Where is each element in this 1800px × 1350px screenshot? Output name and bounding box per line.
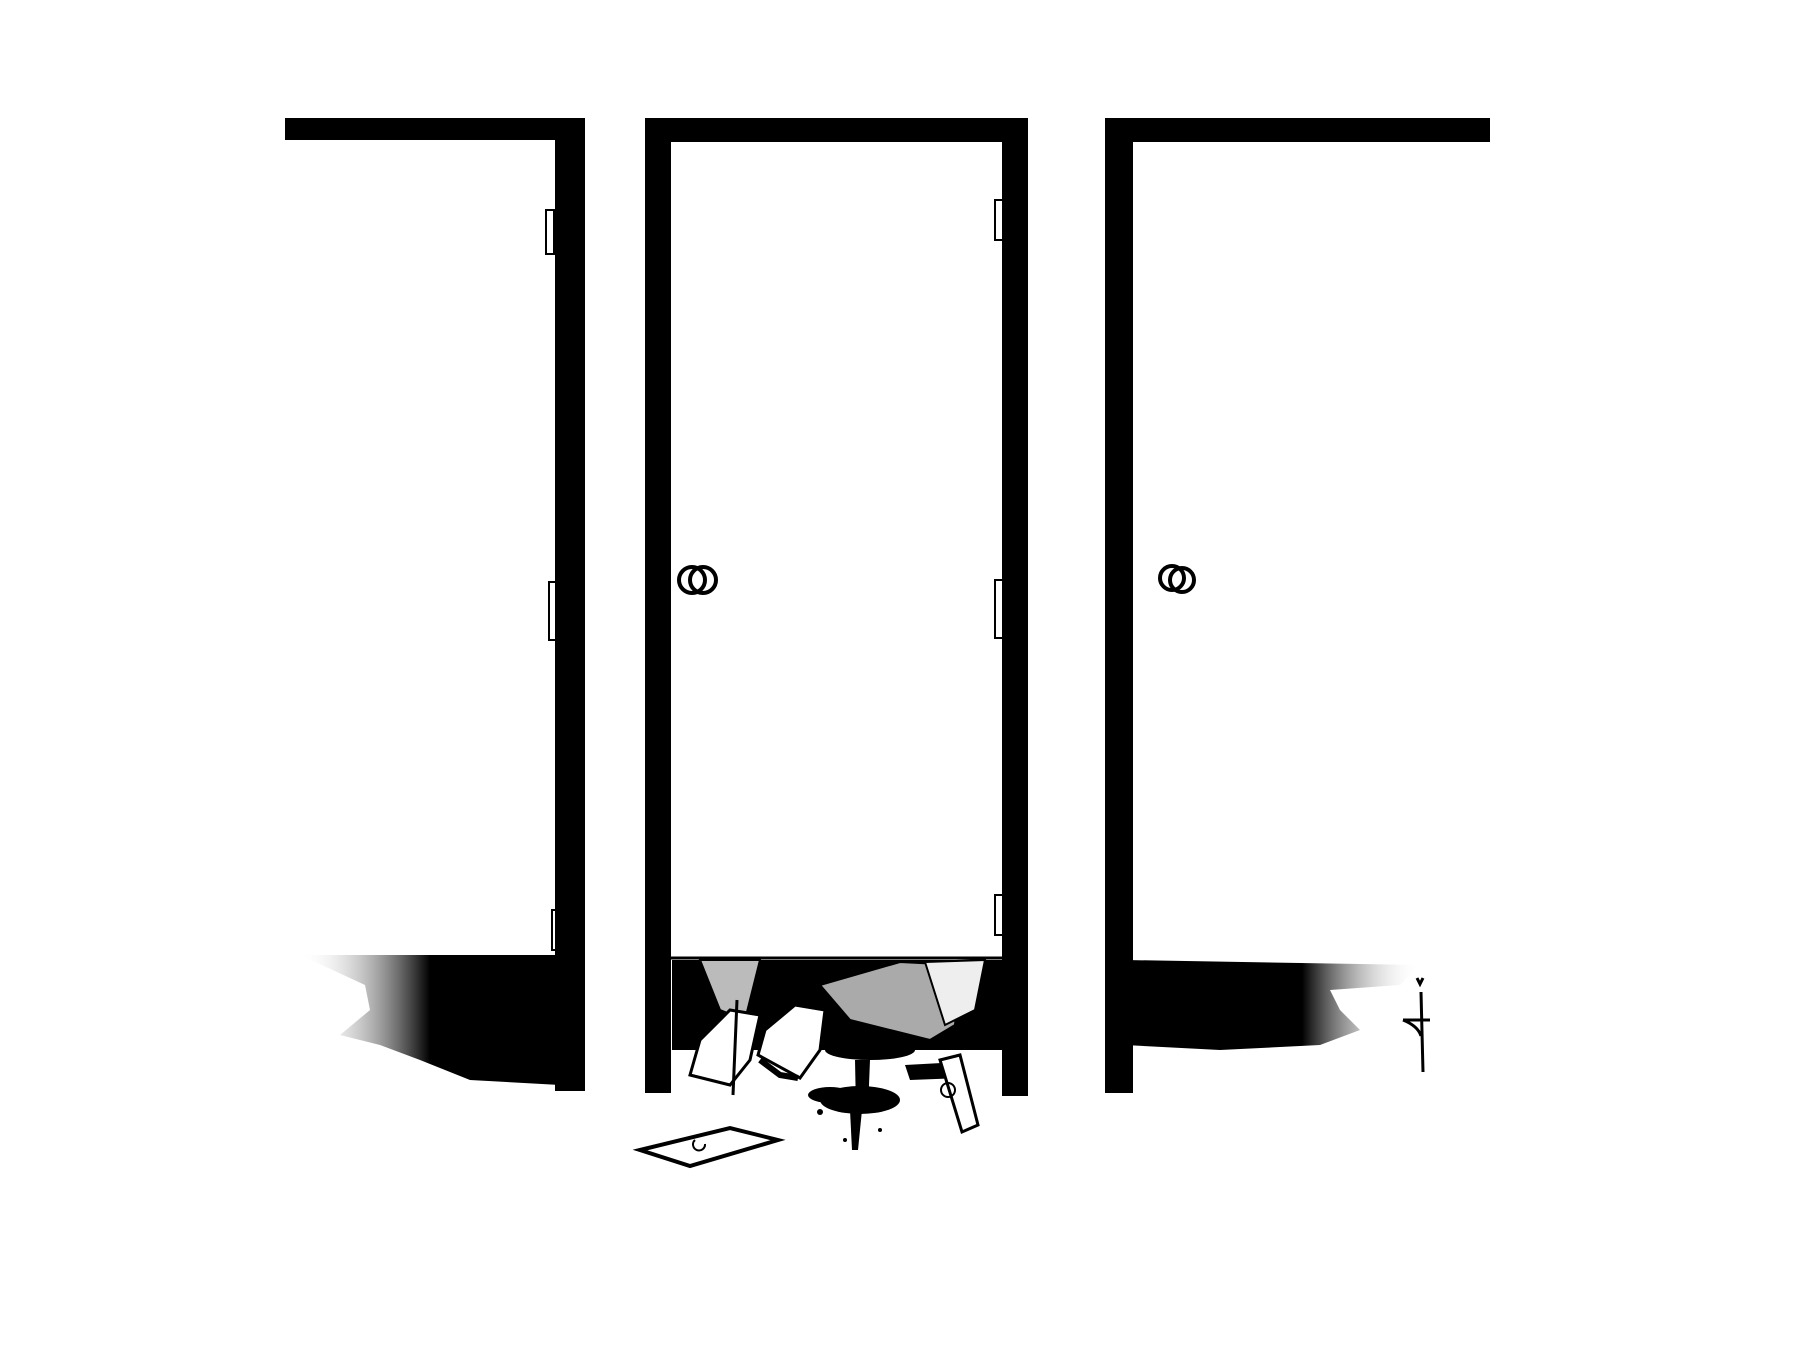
artist-signature <box>1403 978 1430 1072</box>
handgun-icon <box>905 1055 978 1132</box>
left-stall-door[interactable] <box>285 118 585 1091</box>
door-knob-icon[interactable] <box>1160 566 1194 592</box>
door-knob-icon[interactable] <box>679 567 716 593</box>
right-stall-door[interactable] <box>1105 118 1490 1093</box>
smartphone-icon <box>640 1128 778 1166</box>
middle-stall-door[interactable] <box>645 118 1028 1096</box>
blood-pool <box>808 1040 915 1150</box>
scene <box>0 0 1800 1350</box>
